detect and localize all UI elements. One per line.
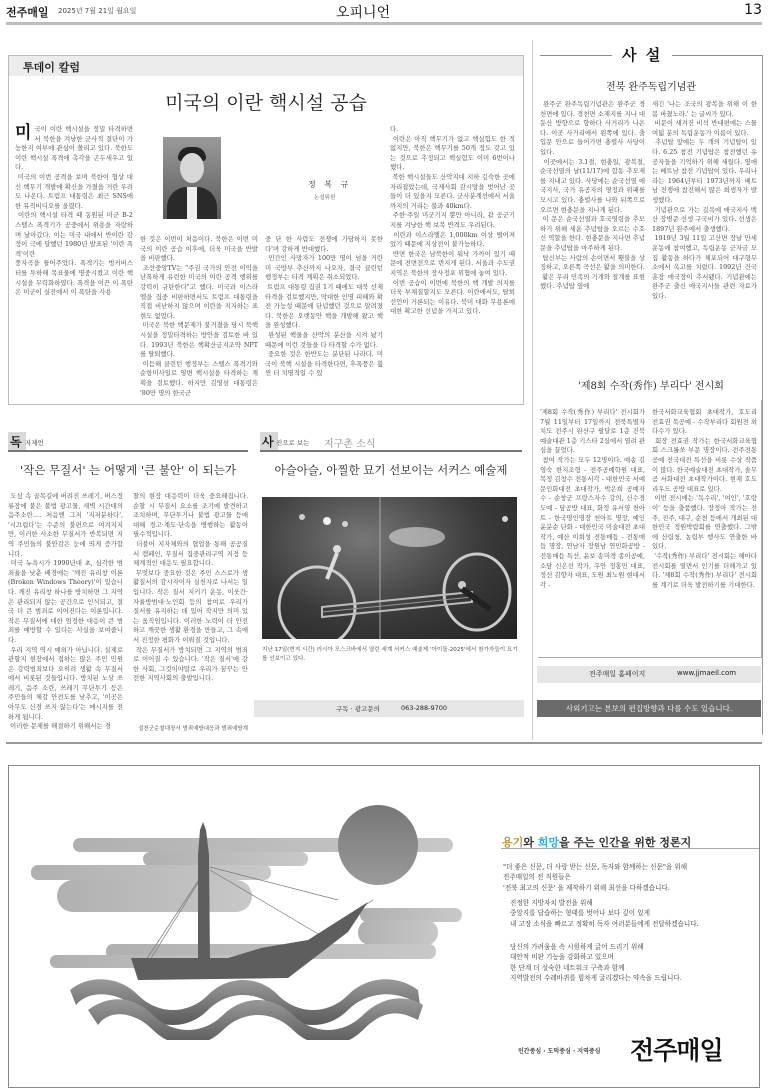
exhibition-title: '제8회 수작(秀作) 부리다' 전시회: [540, 377, 762, 392]
exhibition-text-col2: 한국서화교육협회 초대작가, 호도리 전효권 목공예 - 수작부리다 회원전 외…: [652, 408, 757, 590]
column-title: 미국의 이란 핵시설 공습: [9, 88, 523, 115]
page-number: 13: [744, 2, 762, 18]
pledge-block-1: "더 좋은 신문, 더 사랑 받는 신문, 독자와 함께하는 신문"을 위해 전…: [503, 862, 687, 893]
pledge-block-2: 진정한 지방자치 발전을 위해 중앙지를 답습하는 형태를 벗어나 보다 깊이 …: [510, 898, 699, 929]
exhibition-text-col1: '제8회 수작(秀作) 부리다' 전시회가 7월 11일부터 17일까지 전북특…: [540, 408, 645, 590]
slogan-underline: [501, 848, 759, 849]
editorial-rule-right: [672, 55, 763, 56]
reader-signature: 설천군순찰대장서 범죄예방대응과 범죄예방계: [133, 724, 248, 732]
subscription-label: 구독 · 광고문의: [336, 704, 380, 713]
circus-wheel-illustration: [262, 497, 517, 639]
reader-text-col1: 도심 속 골목길에 버려진 쓰레기, 버스정류장에 붙은 불법 광고물, 새벽 …: [8, 492, 123, 732]
today-column-label: 투데이 칼럼: [23, 59, 80, 75]
author-name: 정 복 규: [308, 179, 351, 190]
photo-face: [180, 153, 204, 183]
ad-divider: [6, 742, 762, 744]
photo-shirt: [187, 187, 197, 219]
page-header: 전주매일 2025년 7월 21일 월요일 오피니언 13: [0, 0, 768, 24]
ship-illustration: [28, 800, 468, 1040]
section-title: 오피니언: [336, 2, 390, 22]
columnist-photo: [163, 137, 221, 219]
author-role: 논설위원: [314, 193, 335, 201]
photo-caption: 지난 17일(현지 시간) 러시아 모스크바에서 열린 세계 서커스 예술제 '…: [262, 646, 520, 664]
column-text-col1: 미 국이 이란 핵시설을 정밀 타격하면서 북한을 겨냥한 군사적 결단이 가능…: [15, 125, 133, 298]
homepage-bar[interactable]: 전주매일 홈페이지 www.jjmaeil.com: [537, 666, 761, 683]
dropcap: 미: [15, 125, 31, 142]
column-text-col4: 다. 이란은 아직 핵무기가 없고 핵실험도 한 적 없지만, 북한은 핵무기를…: [390, 125, 515, 317]
ad-motto: 인간중심 · 도덕중심 · 지역중심: [518, 1046, 600, 1055]
homepage-url[interactable]: www.jjmaeil.com: [677, 669, 736, 677]
column-divider: [532, 40, 533, 740]
editorial-border: [762, 55, 763, 735]
today-column-tab: 투데이 칼럼: [9, 56, 523, 76]
homepage-label: 전주매일 홈페이지: [589, 669, 645, 679]
editorial-title: 전북 완주독립기념관: [540, 78, 762, 93]
circus-photo: [262, 497, 517, 639]
editorial-text-col1: 완주군 완주독립기념관은 완주군 경천면에 있다. 경천면 소재지를 지나 대둔…: [540, 100, 645, 292]
header-divider: [6, 22, 762, 25]
column-text-col2: 한 것은 이번이 처음이다. 북한은 이번 미국의 이란 공습 이후에, 더욱 …: [140, 235, 258, 398]
editorial-rule-left: [540, 55, 612, 56]
ad-logo: 전주매일: [630, 1031, 723, 1067]
reader-article-title: '작은 무질서' 는 어떻게 '큰 불안' 이 되는가: [8, 462, 248, 478]
issue-date: 2025년 7월 21일 월요일: [58, 6, 136, 16]
subscription-bar: 구독 · 광고문의 063-288-9700: [254, 700, 524, 717]
disclaimer-text: 사외기고는 본보의 편집방향과 다를 수도 있습니다.: [537, 703, 761, 714]
reader-section-header: 독 자제언: [8, 432, 248, 452]
reader-text-col2: 찰의 현장 대응력이 더욱 중요해집니다. 순찰 시 무질서 요소를 조기에 발…: [133, 492, 248, 684]
pledge-block-3: 당신의 가려움을 속 시원하게 긁어 드리기 위해 대안적 비판 기능을 강화하…: [510, 942, 682, 984]
photo-section-header: 사 진으로 보는 지구촌 소식: [260, 432, 522, 452]
editorial-label: 사 설: [622, 44, 662, 65]
column-text-col3: 중 단 한 사람도 전쟁에 가담하지 못한다'며 강하게 반대했다. 민간인 사…: [265, 235, 383, 379]
editorial-text-col2: 새긴 '나는 조국의 광복을 위해 이 한 몸 바쳤노라.' 는 글씨가 있다.…: [652, 100, 757, 301]
newspaper-brand: 전주매일: [6, 4, 49, 20]
subscription-phone: 063-288-9700: [401, 704, 447, 712]
disclaimer-bar: 사외기고는 본보의 편집방향과 다를 수도 있습니다.: [537, 700, 761, 717]
photo-article-title: 아슬아슬, 아찔한 묘기 선보이는 서커스 예술제: [260, 462, 522, 478]
